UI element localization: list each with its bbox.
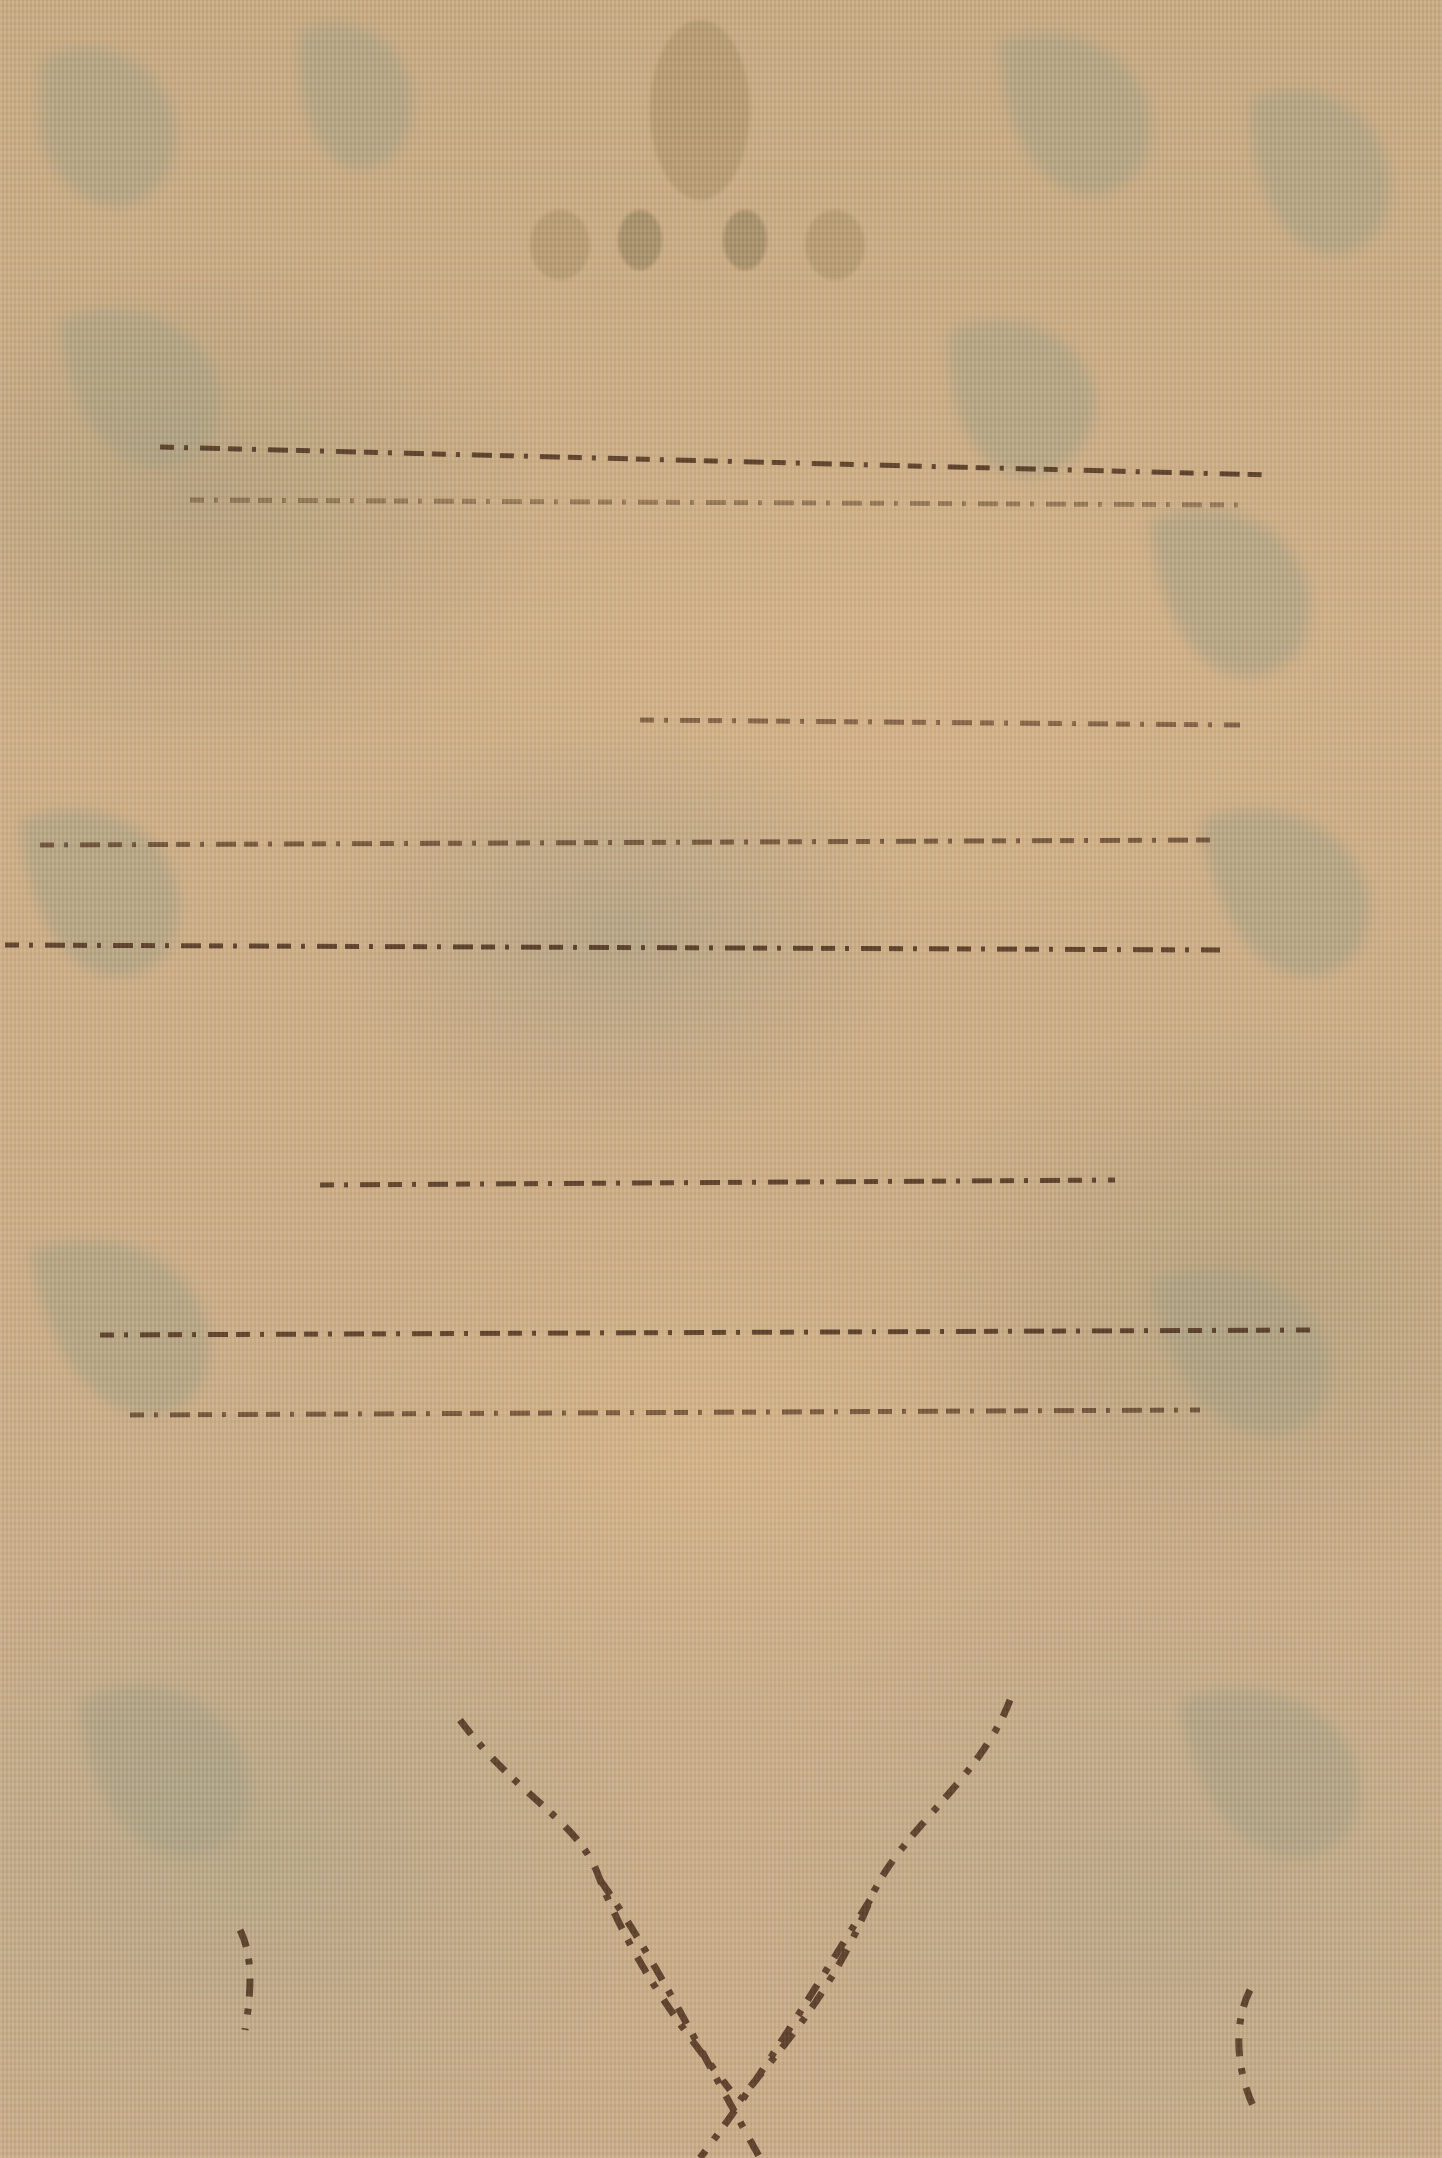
weave-texture bbox=[0, 0, 1442, 2158]
rug-photo bbox=[0, 0, 1442, 2158]
